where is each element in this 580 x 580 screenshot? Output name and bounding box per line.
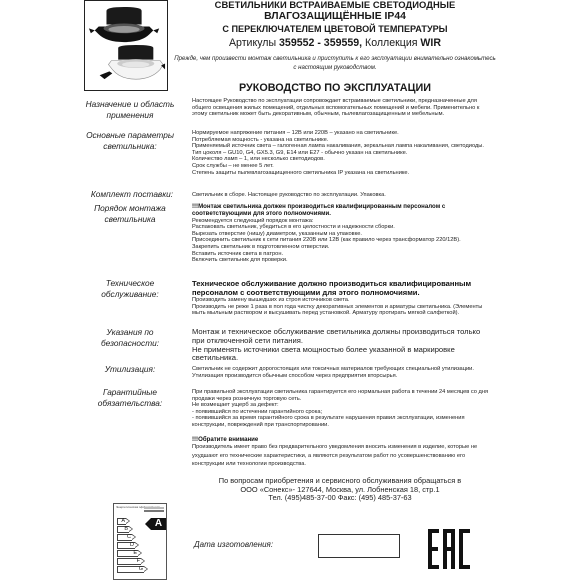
section-text: Настоящее Руководство по эксплуатации со… xyxy=(192,98,490,118)
eac-certification-icon xyxy=(427,528,472,570)
title-line-1: СВЕТИЛЬНИКИ ВСТРАИВАЕМЫЕ СВЕТОДИОДНЫЕ xyxy=(172,0,498,10)
energy-class-g: G xyxy=(117,566,144,573)
contact-line-3: Тел. (495)485-37-00 Факс: (495) 485-37-6… xyxy=(185,494,495,503)
title-line-3: С ПЕРЕКЛЮЧАТЕЛЕМ ЦВЕТОВОЙ ТЕМПЕРАТУРЫ xyxy=(172,23,498,36)
section-label: Комплект поставки: xyxy=(76,189,188,200)
articles-value: 359552 - 359559, xyxy=(279,37,362,49)
energy-efficiency-label: Энергетическая эффективность A B C D E F… xyxy=(113,503,167,580)
energy-class-e: E xyxy=(117,550,138,557)
collection-prefix: Коллекция xyxy=(362,37,420,49)
product-image xyxy=(84,0,168,91)
collection-value: WIR xyxy=(420,37,441,49)
manufacture-date-field xyxy=(318,534,400,558)
manufacture-date-label: Дата изготовления: xyxy=(194,540,273,549)
section-label: Техническое обслуживание: xyxy=(80,278,180,299)
section-text: Светильник не содержит дорогостоящих или… xyxy=(192,366,490,379)
contact-info: По вопросам приобретения и сервисного об… xyxy=(185,477,495,503)
section-label: Назначение и область применения xyxy=(80,99,180,120)
document-header: СВЕТИЛЬНИКИ ВСТРАИВАЕМЫЕ СВЕТОДИОДНЫЕ ВЛ… xyxy=(172,0,498,95)
energy-label-bar xyxy=(144,510,164,512)
attention-title: !!!Обратите внимание xyxy=(192,437,490,444)
section-label: Порядок монтажа светильника xyxy=(80,203,180,224)
energy-class-f: F xyxy=(117,558,141,565)
energy-class-c: C xyxy=(117,534,132,541)
manual-title: РУКОВОДСТВО ПО ЭКСПЛУАТАЦИИ xyxy=(172,81,498,95)
section-text: При правильной эксплуатации светильника … xyxy=(192,389,490,468)
section-text: Светильник в сборе. Настоящее руководств… xyxy=(192,192,490,199)
articles-line: Артикулы 359552 - 359559, Коллекция WIR xyxy=(172,36,498,51)
section-text: Техническое обслуживание должно производ… xyxy=(192,279,490,317)
recessed-lights-icon xyxy=(85,1,167,90)
section-text: !!!Монтаж светильника должен производить… xyxy=(192,204,490,264)
section-label: Указания по безопасности: xyxy=(80,327,180,348)
articles-prefix: Артикулы xyxy=(229,37,279,49)
section-text: Нормируемое напряжение питания – 12В или… xyxy=(192,130,490,176)
attention-text: Производитель имеет право без предварите… xyxy=(192,443,490,468)
section-text: Монтаж и техническое обслуживание светил… xyxy=(192,328,490,363)
section-label: Утилизация: xyxy=(80,364,180,375)
title-line-2: ВЛАГОЗАЩИЩЁННЫЕ IP44 xyxy=(172,10,498,23)
section-label: Основные параметры светильника: xyxy=(80,130,180,151)
preliminary-note: Прежде, чем произвести монтаж светильник… xyxy=(172,54,498,72)
energy-rating-badge: A xyxy=(151,518,166,530)
energy-class-b: B xyxy=(117,526,129,533)
energy-class-d: D xyxy=(117,542,135,549)
energy-label-bar xyxy=(144,507,164,509)
energy-class-a: A xyxy=(117,518,126,525)
section-label: Гарантийные обязательства: xyxy=(80,387,180,408)
